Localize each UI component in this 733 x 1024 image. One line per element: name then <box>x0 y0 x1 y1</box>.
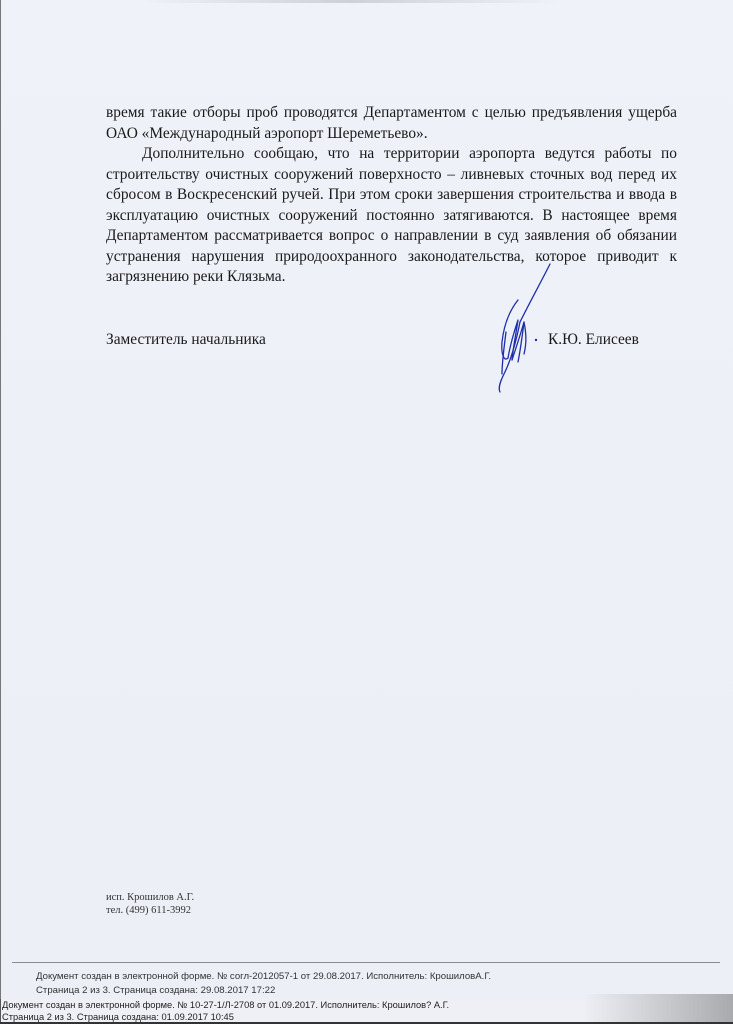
stamp-first-line2: Страница 2 из 3. Страница создана: 29.08… <box>36 984 491 998</box>
handwritten-signature-icon <box>480 262 560 402</box>
paragraph-additional-info: Дополнительно сообщаю, что на территории… <box>106 144 677 288</box>
electronic-stamp-first: Документ создан в электронной форме. № с… <box>36 970 491 998</box>
stamp-first-line1: Документ создан в электронной форме. № с… <box>36 970 491 984</box>
signature-block: Заместитель начальника К.Ю. Елисеев <box>106 331 677 351</box>
letter-body: время такие отборы проб проводятся Депар… <box>106 103 677 288</box>
executor-name: исп. Крошилов А.Г. <box>106 891 194 904</box>
scan-shadow <box>583 994 733 1024</box>
footer-divider <box>12 962 720 963</box>
signer-name: К.Ю. Елисеев <box>548 331 639 349</box>
paragraph-continuation: время такие отборы проб проводятся Депар… <box>106 103 677 144</box>
signer-title: Заместитель начальника <box>106 331 266 349</box>
scan-left-border <box>0 0 1 1024</box>
executor-info: исп. Крошилов А.Г. тел. (499) 611-3992 <box>106 891 194 917</box>
document-page: время такие отборы проб проводятся Депар… <box>0 0 733 1024</box>
executor-phone: тел. (499) 611-3992 <box>106 904 194 917</box>
scan-top-edge <box>140 0 560 3</box>
